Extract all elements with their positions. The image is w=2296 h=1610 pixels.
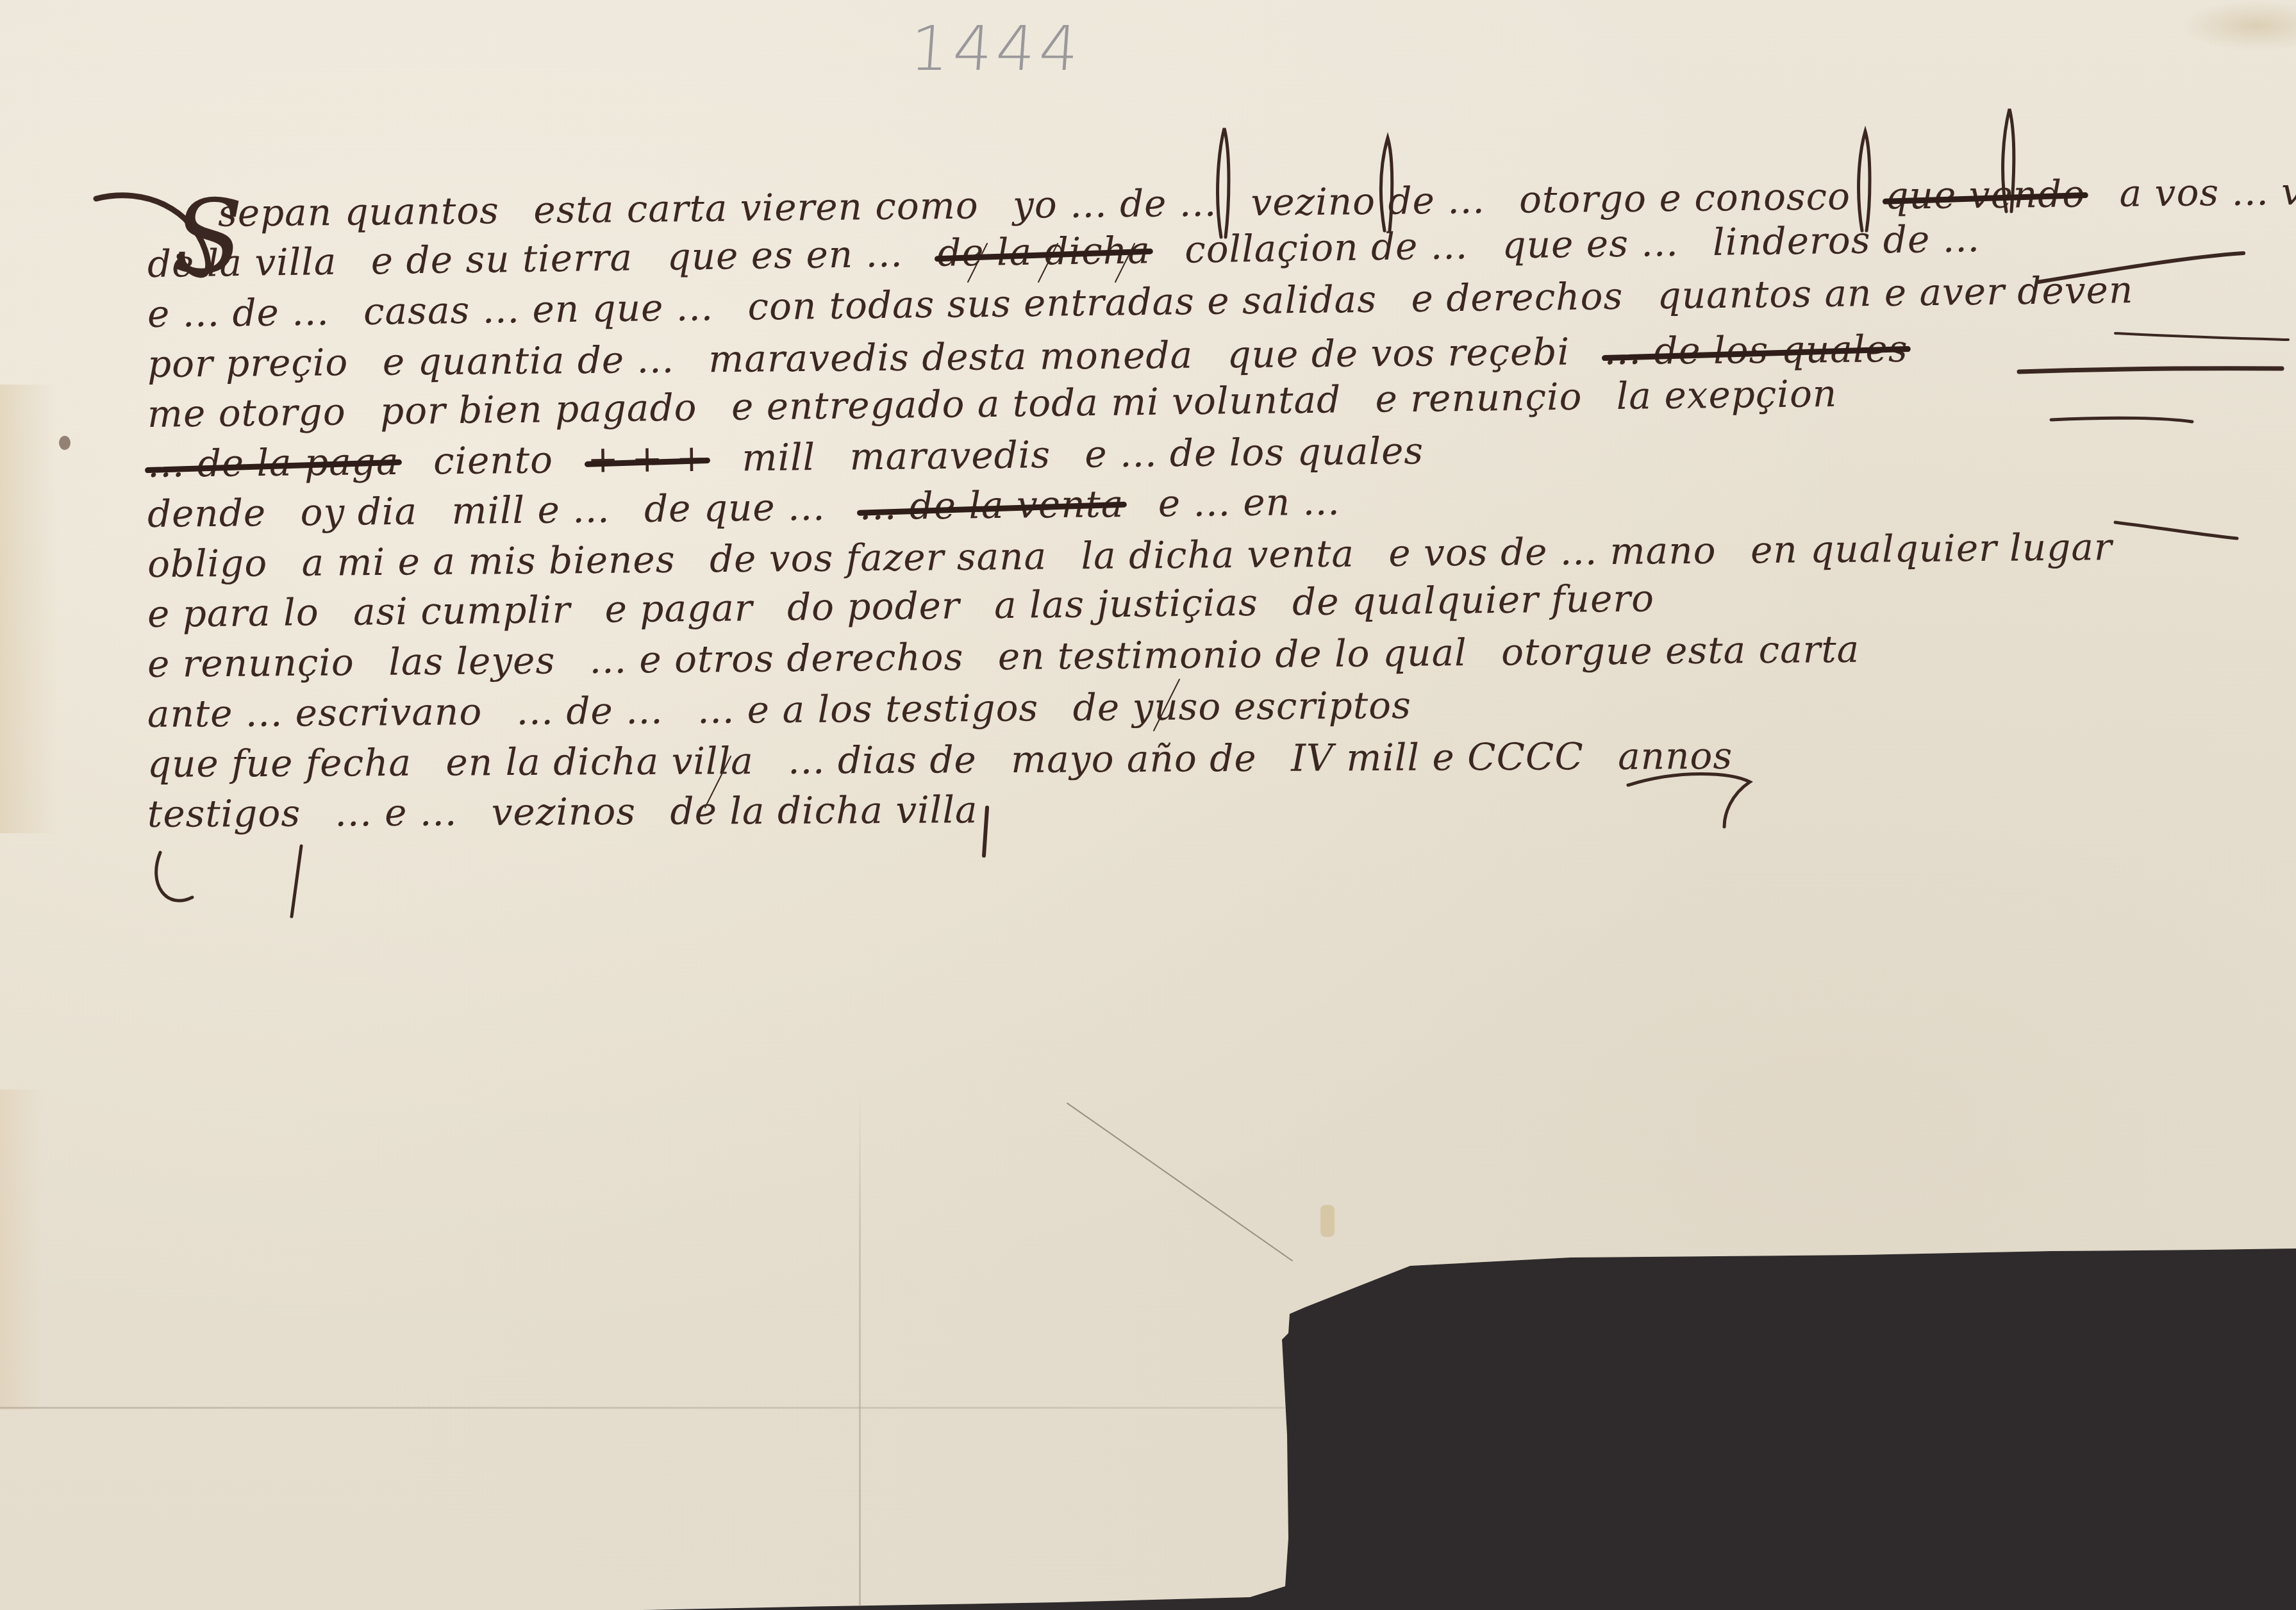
manuscript-line-witnesses: testigos ... e ... vezinos de la dicha v… <box>147 781 2199 842</box>
line-segment: ... dias de <box>788 738 977 783</box>
struck-crosses: + + + <box>587 436 708 481</box>
line-segment: por bien pagado <box>380 386 697 433</box>
line-segment: ... e a los testigos <box>697 686 1039 732</box>
line-segment: e pagar <box>604 586 753 631</box>
manuscript-scan: 1444 <box>0 0 2296 1610</box>
foxing-spot <box>1320 1205 1335 1237</box>
missing-corner-background <box>1308 1269 2295 1609</box>
line-segment: de que ... <box>644 485 826 531</box>
water-stain-top-right <box>2179 0 2296 51</box>
line-segment: ciento <box>433 438 554 483</box>
line-segment: en testimonio de lo qual <box>997 631 1467 678</box>
line-segment: e ... de los quales <box>1085 429 1424 476</box>
line-segment: a vos ... vezino <box>2119 169 2296 215</box>
tear-crack-line <box>1067 1102 1293 1261</box>
line-segment: de vos fazer sana <box>710 535 1047 581</box>
struck-segment: ... de la paga <box>147 440 399 486</box>
manuscript-text: sepan quantos esta carta vieren como yo … <box>147 192 2199 842</box>
line-segment: oy dia <box>300 490 417 535</box>
line-segment: maravedis desta moneda <box>708 333 1193 381</box>
line-segment: en qualquier lugar <box>1751 525 2113 572</box>
line-segment: mill <box>742 435 815 479</box>
line-segment: esta carta vieren como <box>533 183 979 231</box>
struck-segment: ... de los quales <box>1604 327 1908 373</box>
ink-spot-left-margin <box>59 436 71 450</box>
line-segment: e ... de ... <box>147 290 330 336</box>
line-segment: maravedis <box>849 433 1051 478</box>
horizontal-fold-crease <box>0 1407 1288 1409</box>
line-segment: ... e ... <box>335 790 457 834</box>
line-segment: e vos de ... mano <box>1388 529 1717 575</box>
line-segment: vezinos <box>492 790 636 834</box>
line-segment: mill e ... <box>451 487 610 533</box>
line-segment: de la dicha villa <box>670 788 977 833</box>
line-segment: la dicha venta <box>1081 532 1354 578</box>
line-segment: asi cumplir <box>353 588 571 634</box>
struck-segment: de la dicha <box>937 228 1151 275</box>
archival-number: 1444 <box>908 13 1085 85</box>
line-segment: e entregado a toda mi voluntad <box>731 378 1341 429</box>
line-segment: por preçio <box>147 340 349 386</box>
date-month: mayo año de <box>1011 736 1257 781</box>
line-segment: casas ... en que ... <box>363 285 714 333</box>
date-year: IV mill e CCCC <box>1291 734 1584 779</box>
line-segment: que es ... <box>1502 221 1679 267</box>
line-segment: otorgue esta carta <box>1501 627 1860 674</box>
line-segment: que de vos reçebi <box>1227 330 1570 377</box>
line-segment: annos <box>1618 734 1733 778</box>
line-segment: a las justiçias <box>994 581 1258 627</box>
foxing-bottom-left <box>0 1090 45 1410</box>
line-segment: en la dicha villa <box>445 739 754 784</box>
vertical-fold-crease <box>859 1090 861 1610</box>
line-segment: de qualquier fuero <box>1292 576 1654 624</box>
line-segment: que es en ... <box>667 232 903 279</box>
line-segment: me otorgo <box>147 390 346 436</box>
line-segment: ... de ... <box>516 688 663 733</box>
line-segment: de la villa <box>147 240 337 286</box>
line-segment: e renunçio <box>1375 375 1583 421</box>
line-segment: con todas sus entradas e salidas <box>747 278 1377 329</box>
line-segment: quantos an e aver deven <box>1657 268 2133 317</box>
line-segment: vezino de ... <box>1251 178 1485 224</box>
line-segment: e ... en ... <box>1158 480 1341 526</box>
line-segment: e renunçio <box>147 640 354 686</box>
line-segment: las leyes <box>388 638 556 683</box>
line-segment: ... e otros derechos <box>589 635 963 682</box>
struck-segment: ... de la venta <box>860 482 1124 528</box>
line-segment: de yuso escriptos <box>1072 683 1411 729</box>
line-segment: otorgo e conosco <box>1519 174 1851 221</box>
line-segment: a mi e a mis bienes <box>301 538 676 585</box>
line-segment: que fue fecha <box>147 741 412 786</box>
line-segment: do poder <box>787 584 960 629</box>
line-segment: sepan quantos <box>218 188 500 235</box>
line-segment: testigos <box>147 792 301 836</box>
line-segment: e para lo <box>147 590 319 636</box>
line-segment: linderos de ... <box>1713 217 1981 264</box>
line-segment: e derechos <box>1411 274 1624 320</box>
line-segment: dende <box>147 491 267 536</box>
line-segment: yo ... de ... <box>1013 181 1217 227</box>
line-segment: ante ... escrivano <box>147 690 483 736</box>
line-segment: collaçion de ... <box>1185 224 1468 271</box>
struck-segment: que vendo <box>1884 172 2085 217</box>
line-segment: e de su tierra <box>370 235 633 283</box>
line-segment: e quantia de ... <box>382 338 674 384</box>
foxing-left-edge <box>0 385 58 833</box>
line-segment: la exepçion <box>1616 372 1837 418</box>
line-segment: obligo <box>147 541 268 586</box>
